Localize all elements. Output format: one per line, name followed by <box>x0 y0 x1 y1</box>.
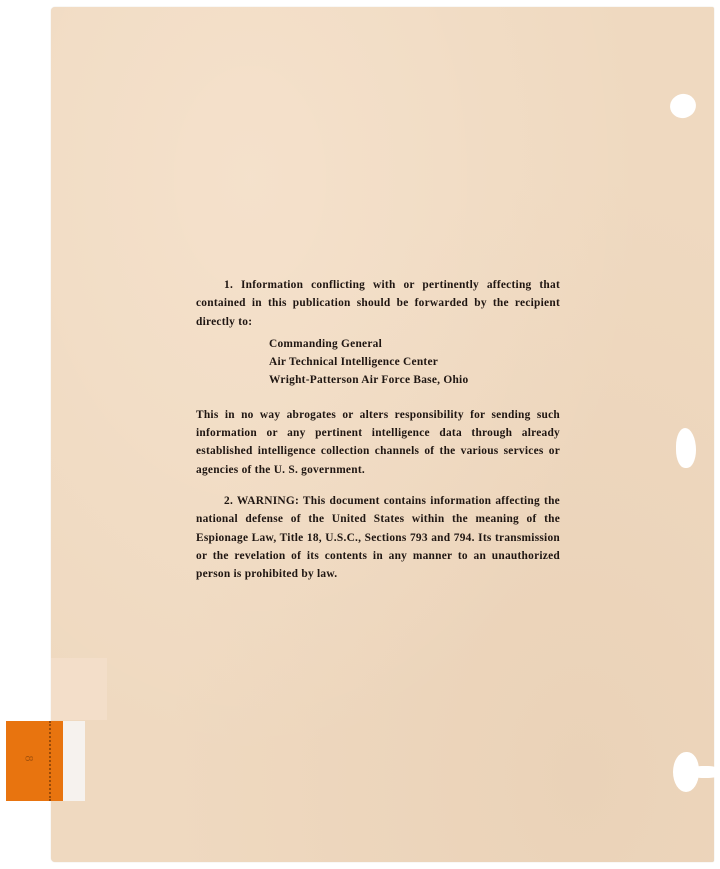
address-block: Commanding General Air Technical Intelli… <box>269 335 560 390</box>
tab-number: 8 <box>22 756 37 762</box>
paragraph-2-text: WARNING: This document contains informat… <box>196 495 560 580</box>
address-line-1: Commanding General <box>269 335 560 353</box>
paragraph-2: 2. WARNING: This document contains infor… <box>196 492 560 583</box>
punch-hole-middle <box>676 428 696 468</box>
paragraph-1-number: 1. <box>224 279 233 291</box>
address-line-2: Air Technical Intelligence Center <box>269 353 560 371</box>
paragraph-1: 1. Information conflicting with or perti… <box>196 276 560 331</box>
paragraph-1-continued: This in no way abrogates or alters respo… <box>196 406 560 479</box>
document-body: 1. Information conflicting with or perti… <box>196 276 560 583</box>
punch-hole-bottom-tear <box>690 766 720 778</box>
tape-strip <box>51 658 107 720</box>
paragraph-1-text: Information conflicting with or pertinen… <box>196 279 560 328</box>
paragraph-2-number: 2. <box>224 495 233 507</box>
address-line-3: Wright-Patterson Air Force Base, Ohio <box>269 371 560 389</box>
tab-perforation <box>49 721 51 801</box>
tab-backing <box>63 721 85 801</box>
index-tab: 8 <box>6 721 63 801</box>
